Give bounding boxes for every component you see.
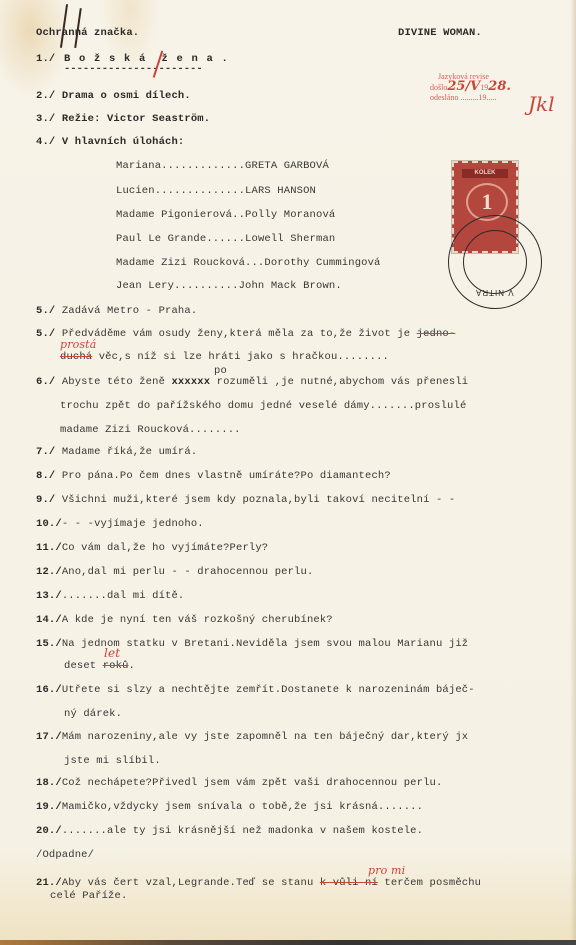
sent-value: .........19.....	[460, 93, 496, 102]
subtitle-14: 14./A kde je nyní ten váš rozkošný cheru…	[36, 614, 333, 626]
subtitle-16-cont: ný dárek.	[64, 708, 122, 720]
revision-received-row: došlo25/V1928.	[430, 82, 511, 93]
subtitle-10: 10./- - -vyjímaje jednoho.	[36, 518, 204, 530]
subtitle-8: 8./ Pro pána.Po čem dnes vlastně umíráte…	[36, 470, 391, 482]
stamp-header: KOLEK	[462, 169, 508, 178]
subtitle-5-cont: duchá věc,s níž si lze hráti jako s hrač…	[60, 351, 389, 363]
subtitle-13: 13./.......dal mi dítě.	[36, 590, 184, 602]
omitted-note: /Odpadne/	[36, 849, 94, 861]
cast-row: Jean Lery..........John Mack Brown.	[116, 280, 342, 292]
item-number: 1./	[36, 53, 55, 65]
subtitle-15-cont: deset roků.	[64, 660, 135, 672]
subtitle-20: 20./.......ale ty jsi krásnější než mado…	[36, 825, 423, 837]
subtitle-5: 5./ Předváděme vám osudy ženy,která měla…	[36, 328, 455, 340]
subtitle-18: 18./Což nechápete?Přivedl jsem vám zpět …	[36, 777, 442, 789]
cast-row: Paul Le Grande......Lowell Sherman	[116, 233, 335, 245]
handwritten-correction: prostá	[60, 338, 96, 351]
sent-label: odesláno	[430, 93, 458, 102]
cast-row: Mariana.............GRETA GARBOVÁ	[116, 160, 329, 172]
subtitle-7: 7./ Madame říká,že umírá.	[36, 446, 197, 458]
paper-right-edge	[570, 0, 576, 945]
subtitle-9: 9./ Všichni muži,které jsem kdy poznala,…	[36, 494, 455, 506]
received-date: 25/V	[447, 79, 480, 94]
header-protection-mark: Ochranná značka.	[36, 27, 139, 39]
language-revision-stamp: Jazyková revise došlo25/V1928. odesláno …	[430, 72, 511, 103]
received-label: došlo	[430, 83, 447, 92]
subtitle-21-cont: celé Paříže.	[50, 890, 127, 902]
paper-bottom-edge	[0, 940, 576, 945]
subtitle-19: 19./Mamičko,vždycky jsem snívala o tobě,…	[36, 801, 423, 813]
subtitle-6: 6./ Abyste této ženě xxxxxx rozuměli ,je…	[36, 376, 468, 388]
item-4: 4./ V hlavních úlohách:	[36, 136, 184, 148]
distributor-line: 5./ Zadává Metro - Praha.	[36, 305, 197, 317]
cast-row: Madame Pigonierová..Polly Moranová	[116, 209, 335, 221]
title-underline: ----------------------	[64, 63, 203, 75]
cast-row: Madame Zizi Roucková...Dorothy Cummingov…	[116, 257, 381, 269]
postmark-inner-ring	[463, 230, 527, 294]
subtitle-6-cont: madame Zizi Roucková........	[60, 424, 241, 436]
subtitle-12: 12./Ano,dal mi perlu - - drahocennou per…	[36, 566, 313, 578]
handwritten-correction: let	[104, 646, 120, 660]
subtitle-17: 17./Mám narozeniny,ale vy jste zapomněl …	[36, 731, 468, 743]
signature: Jkl	[528, 92, 555, 116]
revision-sent-row: odesláno .........19.....	[430, 93, 511, 103]
postmark-text: V NITRA	[475, 288, 514, 297]
item-3: 3./ Režie: Victor Seaström.	[36, 113, 210, 125]
handwritten-correction: pro mi	[368, 864, 405, 877]
subtitle-15: 15./Na jednom statku v Bretani.Neviděla …	[36, 638, 468, 650]
received-year: 28.	[488, 79, 511, 94]
subtitle-21: 21./Aby vás čert vzal,Legrande.Teď se st…	[36, 877, 481, 889]
cast-row: Lucien..............LARS HANSON	[116, 185, 316, 197]
subtitle-16: 16./Utřete si slzy a nechtějte zemřít.Do…	[36, 684, 475, 696]
header-english-title: DIVINE WOMAN.	[398, 27, 482, 39]
subtitle-11: 11./Co vám dal,že ho vyjímáte?Perly?	[36, 542, 268, 554]
subtitle-17-cont: jste mi slíbil.	[64, 755, 161, 767]
item-2: 2./ Drama o osmi dílech.	[36, 90, 191, 102]
subtitle-6-cont: trochu zpět do pařížského domu jedné ves…	[60, 400, 466, 412]
postmark: V NITRA	[448, 215, 542, 309]
